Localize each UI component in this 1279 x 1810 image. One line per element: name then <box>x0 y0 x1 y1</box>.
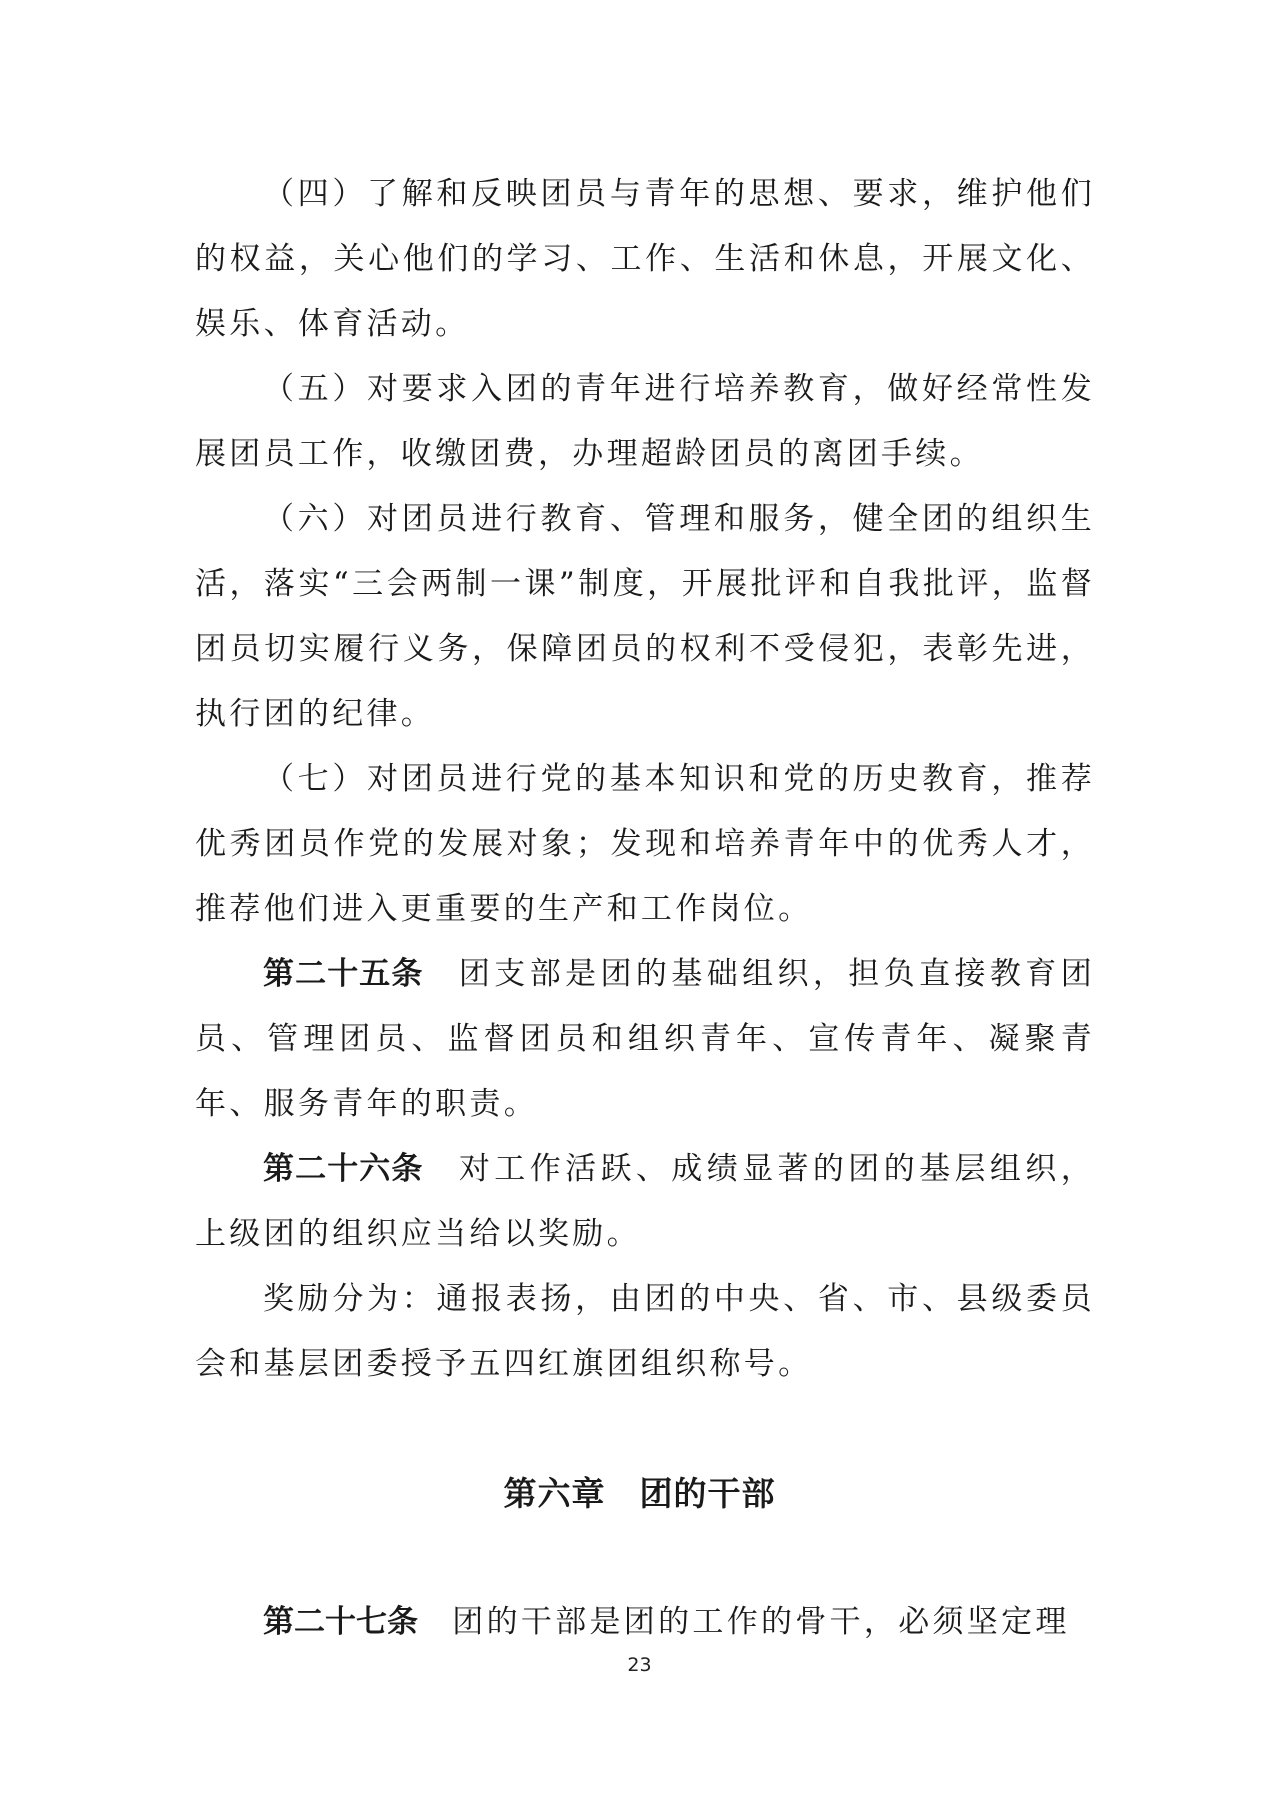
article-text: 团的干部是团的工作的骨干，必须坚定理 <box>418 1604 1070 1640</box>
article-label: 第二十五条 <box>263 956 424 992</box>
paragraph-text: （四）了解和反映团员与青年的思想、要求，维护他们的权益，关心他们的学习、工作、生… <box>195 176 1095 342</box>
paragraph-item-5: （五）对要求入团的青年进行培养教育，做好经常性发展团员工作，收缴团费，办理超龄团… <box>195 357 1095 487</box>
article-27: 第二十七条 团的干部是团的工作的骨干，必须坚定理 <box>195 1590 1095 1655</box>
article-25: 第二十五条 团支部是团的基础组织，担负直接教育团员、管理团员、监督团员和组织青年… <box>195 942 1095 1137</box>
article-label: 第二十六条 <box>263 1151 424 1187</box>
paragraph-text: （五）对要求入团的青年进行培养教育，做好经常性发展团员工作，收缴团费，办理超龄团… <box>195 371 1095 472</box>
paragraph-item-4: （四）了解和反映团员与青年的思想、要求，维护他们的权益，关心他们的学习、工作、生… <box>195 162 1095 357</box>
article-26: 第二十六条 对工作活跃、成绩显著的团的基层组织，上级团的组织应当给以奖励。 <box>195 1137 1095 1267</box>
paragraph-text: （七）对团员进行党的基本知识和党的历史教育，推荐优秀团员作党的发展对象；发现和培… <box>195 761 1095 927</box>
paragraph-item-6: （六）对团员进行教育、管理和服务，健全团的组织生活，落实“三会两制一课”制度，开… <box>195 487 1095 747</box>
document-page: （四）了解和反映团员与青年的思想、要求，维护他们的权益，关心他们的学习、工作、生… <box>0 0 1279 1810</box>
paragraph-item-7: （七）对团员进行党的基本知识和党的历史教育，推荐优秀团员作党的发展对象；发现和培… <box>195 747 1095 942</box>
paragraph-text: （六）对团员进行教育、管理和服务，健全团的组织生活，落实“三会两制一课”制度，开… <box>195 501 1095 732</box>
chapter-heading: 第六章 团的干部 <box>0 1468 1279 1515</box>
paragraph-text: 奖励分为：通报表扬，由团的中央、省、市、县级委员会和基层团委授予五四红旗团组织称… <box>195 1281 1095 1382</box>
reward-paragraph: 奖励分为：通报表扬，由团的中央、省、市、县级委员会和基层团委授予五四红旗团组织称… <box>195 1267 1095 1397</box>
page-number: 23 <box>0 1654 1279 1676</box>
article-label: 第二十七条 <box>263 1604 418 1640</box>
